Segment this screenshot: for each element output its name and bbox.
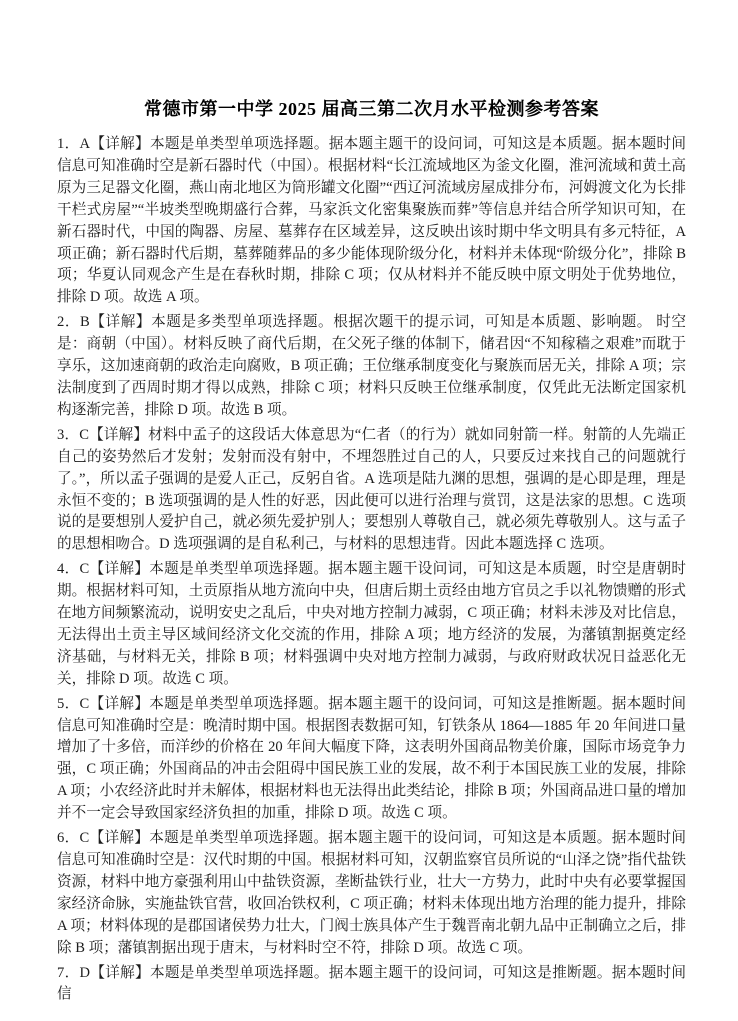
answer-paragraph-7: 7．D【详解】本题是单类型单项选择题。据本题主题干的设问词，可知这是推断题。据本… — [57, 963, 686, 1007]
answer-paragraph-6: 6．C【详解】本题是单类型单项选择题。据本题主题干的设问词，可知这是本质题。据本… — [57, 828, 686, 959]
answer-paragraph-2: 2．B【详解】本题是多类型单项选择题。根据次题干的提示词，可知是本质题、影响题。… — [57, 312, 686, 422]
answer-paragraph-4: 4．C【详解】本题是单类型单项选择题。据本题主题干设问词，可知这是本质题，时空是… — [57, 559, 686, 690]
answer-paragraph-1: 1．A【详解】本题是单类型单项选择题。据本题主题干的设问词，可知这是本质题。据本… — [57, 134, 686, 309]
answer-paragraph-3: 3．C【详解】材料中孟子的这段话大体意思为“仁者（的行为）就如同射箭一样。射箭的… — [57, 425, 686, 556]
answer-sheet-page: 常德市第一中学 2025 届高三第二次月水平检测参考答案 1．A【详解】本题是单… — [0, 0, 738, 1021]
document-title: 常德市第一中学 2025 届高三第二次月水平检测参考答案 — [57, 96, 686, 122]
answer-paragraph-5: 5．C【详解】本题是单类型单项选择题。据本题主题干的设问词，可知这是推断题。据本… — [57, 694, 686, 825]
